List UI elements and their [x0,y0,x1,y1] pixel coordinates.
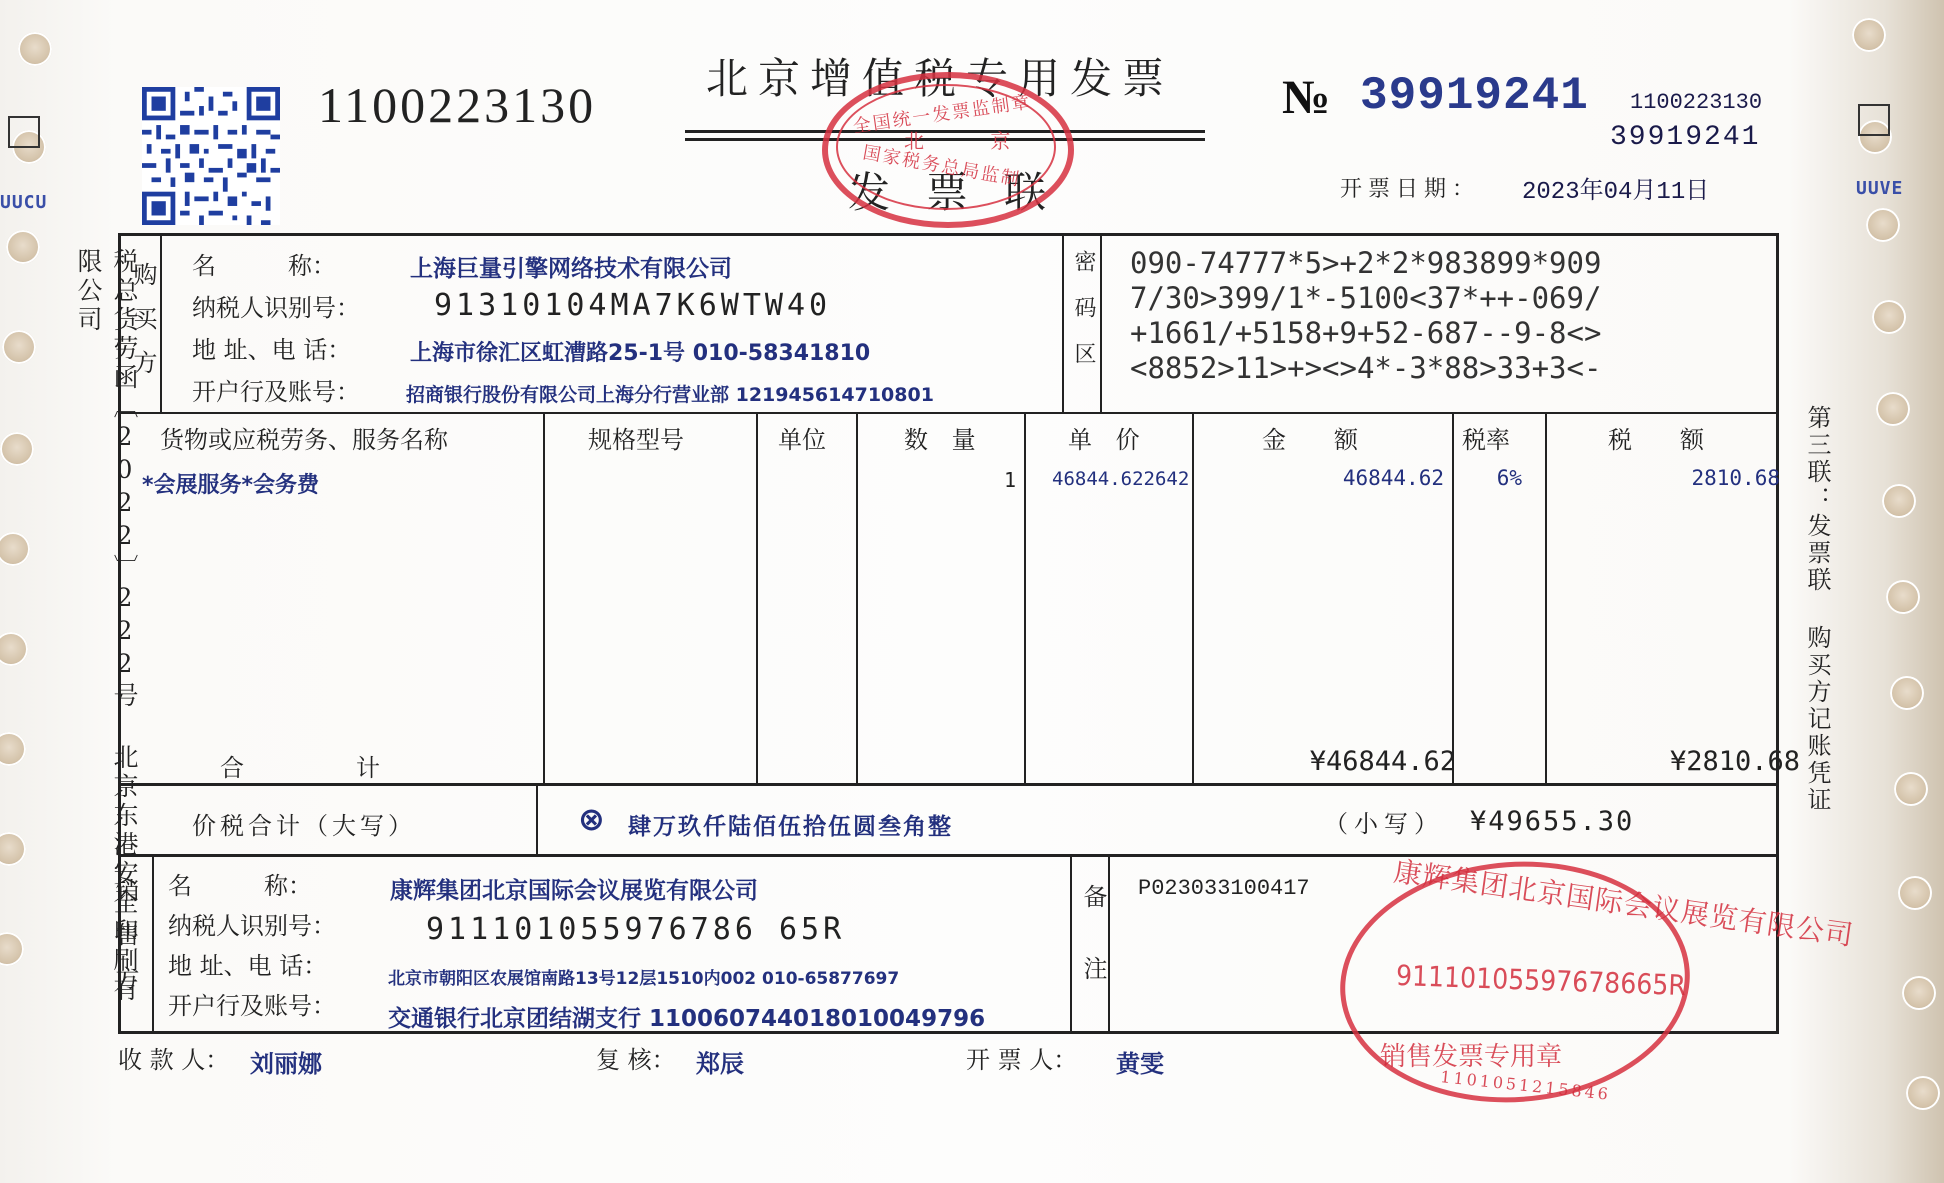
seller-tax-id: 911101055976786 65R [426,912,845,947]
invoice-code-small: 1100223130 [1630,90,1762,115]
cipher-line: +1661/+5158+9+52-687--9-8<> [1130,316,1601,351]
edge-code-right: UUVE [1856,178,1903,199]
item-amount: 46844.62 [1196,466,1444,490]
punch-hole-icon [1876,392,1910,426]
punch-hole-icon [1872,300,1906,334]
cipher-line: <8852>11>+><>4*-3*88>33+3<- [1130,351,1601,386]
cipher-line: 090-74777*5>+2*2*983899*909 [1130,246,1601,281]
punch-hole-icon [1894,772,1928,806]
issuer-label: 开 票 人： [966,1040,1077,1075]
registration-mark-icon [8,116,40,148]
punch-hole-icon [1866,208,1900,242]
header-spec: 规格型号 [588,420,684,455]
item-name: *会展服务*会务费 [142,468,319,499]
buyer-bank-label: 开户行及账号： [192,372,360,407]
col-divider-rate [1452,412,1454,784]
edge-code-left: UUCU [0,192,47,213]
buyer-bank-account: 招商银行股份有限公司上海分行营业部 121945614710801 [406,380,934,407]
header-unit-price: 单 价 [1068,420,1148,455]
copy-purpose-note: 第三联：发票联 购买方记账凭证 [1800,405,1835,845]
punch-hole-icon [1906,1076,1940,1110]
issue-date-value: 2023年04月11日 [1522,170,1709,206]
items-bottom [118,783,1778,786]
payee-label: 收 款 人： [118,1040,229,1075]
header-tax-rate: 税率 [1462,420,1510,455]
punch-hole-icon [18,32,52,66]
cipher-line: 7/30>399/1*-5100<37*++-069/ [1130,281,1601,316]
col-divider-tax [1545,412,1547,784]
seller-address-phone: 北京市朝阳区农展馆南路13号12层1510内002 010-65877697 [388,964,899,989]
seller-name-label: 名 称： [168,866,312,901]
total-label: 合 计 [220,748,390,783]
buyer-name: 上海巨量引擎网络技术有限公司 [410,250,732,283]
reviewer-label: 复 核： [596,1040,676,1075]
buyer-name-label: 名 称： [192,246,336,281]
grand-total-bottom [118,854,1778,857]
grand-total-symbol-icon: ⊗ [578,800,605,838]
buyer-address-label: 地 址、电 话： [192,330,351,365]
issue-date-label: 开票日期： [1340,172,1480,203]
col-divider-spec [543,412,545,784]
header-tax: 税 额 [1608,420,1704,455]
item-quantity: 1 [860,468,1016,492]
col-divider-unit [756,412,758,784]
grand-total-small-label: （小写） [1324,804,1444,839]
payee-name: 刘丽娜 [250,1044,322,1079]
remarks-side-label: 备注 [1076,884,1111,1028]
invoice-number-small: 39919241 [1610,122,1760,153]
number-symbol: № [1282,70,1330,125]
header-unit: 单位 [778,420,826,455]
header-amount: 金 额 [1262,420,1358,455]
registration-mark-icon [1858,104,1890,136]
col-divider-qty [856,412,858,784]
punch-hole-icon [0,432,34,466]
buyer-tax-id-label: 纳税人识别号： [192,288,360,323]
item-tax: 2810.68 [1550,466,1780,490]
punch-hole-icon [1898,876,1932,910]
total-amount: ¥46844.62 [1196,746,1456,777]
total-tax: ¥2810.68 [1550,746,1800,777]
seller-bank-account: 交通银行北京团结湖支行 110060744018010049796 [388,1000,985,1033]
seller-side-divider [152,854,154,1032]
seller-remarks-divider [1070,854,1072,1032]
cipher-side-label: 密码区 [1068,250,1099,388]
buyer-side-label: 购买方 [126,262,161,394]
item-tax-rate: 6% [1456,466,1522,490]
seller-seal-purpose: 销售发票专用章 [1380,1036,1562,1073]
buyer-bottom [118,412,1778,414]
grand-total-uppercase: 肆万玖仟陆佰伍拾伍圆叁角整 [628,808,953,841]
punch-hole-icon [2,330,36,364]
punch-hole-icon [1882,484,1916,518]
qr-code-icon [142,85,280,227]
grand-total-label: 价税合计（大写） [192,806,416,841]
seller-tax-id-label: 纳税人识别号： [168,906,336,941]
seller-bank-label: 开户行及账号： [168,986,336,1021]
grand-total-small-value: ¥49655.30 [1470,806,1634,837]
seller-name: 康辉集团北京国际会议展览有限公司 [390,872,758,905]
issuer-name: 黄雯 [1116,1044,1164,1079]
header-quantity: 数 量 [904,420,984,455]
seller-address-label: 地 址、电 话： [168,946,327,981]
buyer-address-phone: 上海市徐汇区虹漕路25-1号 010-58341810 [410,336,870,367]
buyer-tax-id: 91310104MA7K6WTW40 [434,288,831,323]
punch-hole-icon [1890,676,1924,710]
invoice-code: 1100223130 [318,76,596,134]
col-divider-price [1024,412,1026,784]
reviewer-name: 郑辰 [696,1044,744,1079]
grand-total-label-divider [536,783,538,855]
cipher-text: 090-74777*5>+2*2*983899*909 7/30>399/1*-… [1130,246,1601,386]
cipher-label-divider [1100,233,1102,413]
frame-top [118,233,1778,236]
col-divider-amount [1192,412,1194,784]
header-item-name: 货物或应税劳务、服务名称 [160,420,448,455]
punch-hole-icon [1886,580,1920,614]
item-unit-price: 46844.622642 [1052,468,1189,490]
buyer-cipher-divider [1062,233,1064,413]
punch-hole-icon [1852,18,1886,52]
remarks-text: P023033100417 [1138,876,1310,901]
seller-side-label: 销售方 [108,878,143,1010]
punch-hole-icon [6,230,40,264]
invoice-number: 39919241 [1360,70,1589,122]
punch-hole-icon [1902,976,1936,1010]
